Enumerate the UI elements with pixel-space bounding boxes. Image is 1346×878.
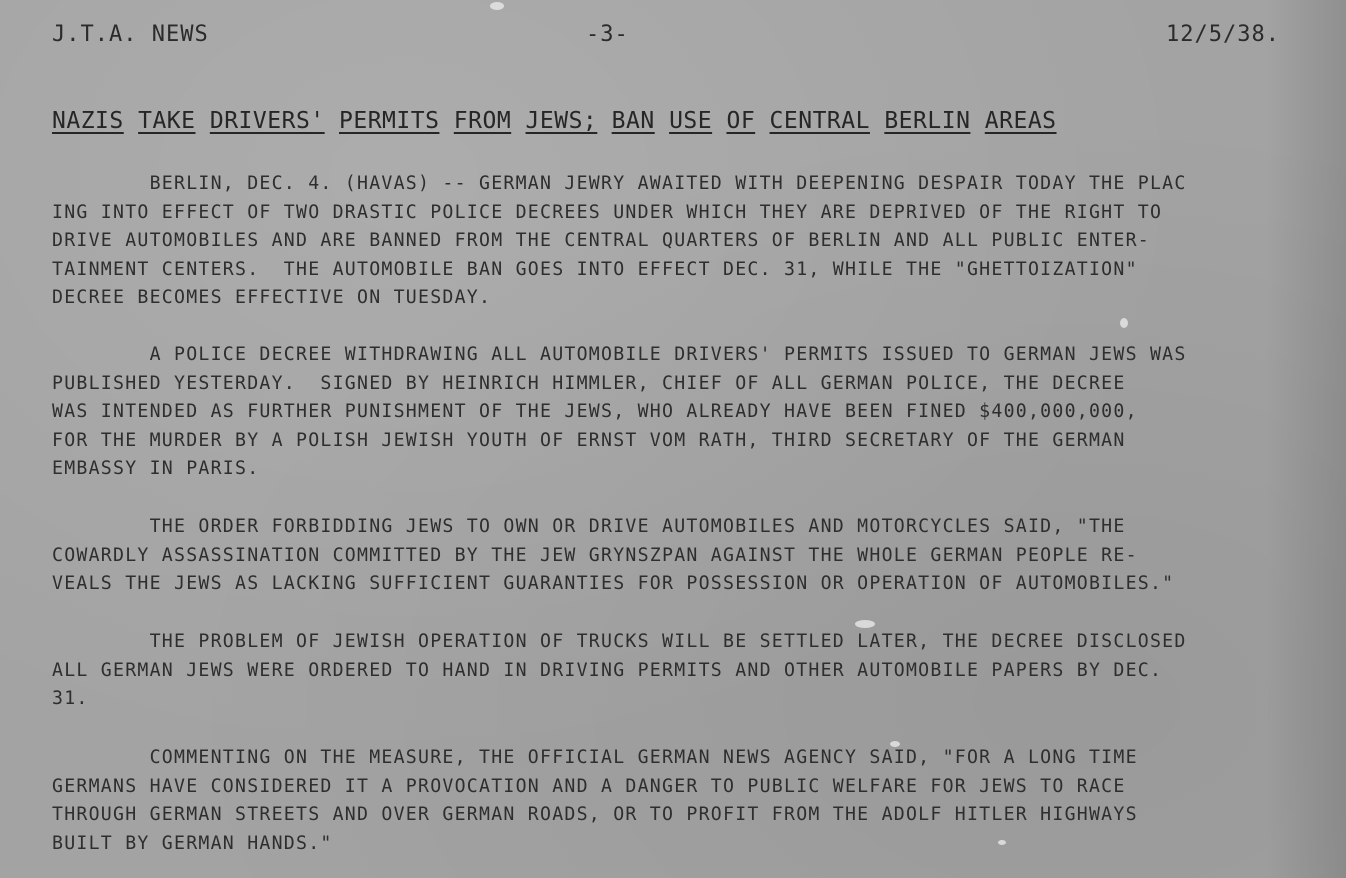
text-line: A POLICE DECREE WITHDRAWING ALL AUTOMOBI…	[52, 341, 1346, 370]
text-line: 31.	[52, 685, 1346, 714]
headline-word: JEWS;	[526, 108, 598, 134]
paragraph-1: BERLIN, DEC. 4. (HAVAS) -- GERMAN JEWRY …	[52, 170, 1346, 313]
text-line: THE ORDER FORBIDDING JEWS TO OWN OR DRIV…	[52, 513, 1346, 542]
film-speck	[998, 840, 1006, 845]
text-line: WAS INTENDED AS FURTHER PUNISHMENT OF TH…	[52, 398, 1346, 427]
text-line: TAINMENT CENTERS. THE AUTOMOBILE BAN GOE…	[52, 256, 1346, 285]
document-date: 12/5/38.	[1166, 22, 1280, 47]
text-line: PUBLISHED YESTERDAY. SIGNED BY HEINRICH …	[52, 370, 1346, 399]
paragraph-5: COMMENTING ON THE MEASURE, THE OFFICIAL …	[52, 744, 1346, 858]
text-line: DECREE BECOMES EFFECTIVE ON TUESDAY.	[52, 284, 1346, 313]
headline-word: BAN	[612, 108, 655, 134]
text-line: BERLIN, DEC. 4. (HAVAS) -- GERMAN JEWRY …	[52, 170, 1346, 199]
text-line: VEALS THE JEWS AS LACKING SUFFICIENT GUA…	[52, 570, 1346, 599]
headline-word: NAZIS	[52, 108, 124, 134]
text-line: COMMENTING ON THE MEASURE, THE OFFICIAL …	[52, 744, 1346, 773]
document-page: J.T.A. NEWS -3- 12/5/38. NAZIS TAKE DRIV…	[0, 0, 1346, 878]
headline-word: TAKE	[138, 108, 195, 134]
headline-word: OF	[726, 108, 755, 134]
film-speck	[490, 2, 504, 10]
text-line: EMBASSY IN PARIS.	[52, 455, 1346, 484]
headline-word: USE	[669, 108, 712, 134]
text-line: ING INTO EFFECT OF TWO DRASTIC POLICE DE…	[52, 199, 1346, 228]
text-line: DRIVE AUTOMOBILES AND ARE BANNED FROM TH…	[52, 227, 1346, 256]
headline-word: FROM	[454, 108, 511, 134]
page-number: -3-	[586, 22, 629, 47]
text-line: COWARDLY ASSASSINATION COMMITTED BY THE …	[52, 542, 1346, 571]
headline: NAZIS TAKE DRIVERS' PERMITS FROM JEWS; B…	[52, 108, 1057, 134]
paragraph-3: THE ORDER FORBIDDING JEWS TO OWN OR DRIV…	[52, 513, 1346, 599]
text-line: THROUGH GERMAN STREETS AND OVER GERMAN R…	[52, 801, 1346, 830]
text-line: FOR THE MURDER BY A POLISH JEWISH YOUTH …	[52, 427, 1346, 456]
text-line: ALL GERMAN JEWS WERE ORDERED TO HAND IN …	[52, 657, 1346, 686]
film-speck	[890, 741, 900, 747]
headline-word: AREAS	[985, 108, 1057, 134]
headline-word: PERMITS	[339, 108, 439, 134]
text-line: BUILT BY GERMAN HANDS."	[52, 830, 1346, 859]
paragraph-4: THE PROBLEM OF JEWISH OPERATION OF TRUCK…	[52, 628, 1346, 714]
film-speck	[855, 620, 875, 628]
text-line: GERMANS HAVE CONSIDERED IT A PROVOCATION…	[52, 773, 1346, 802]
headline-word: CENTRAL	[770, 108, 870, 134]
headline-word: BERLIN	[884, 108, 970, 134]
headline-word: DRIVERS'	[210, 108, 325, 134]
paragraph-2: A POLICE DECREE WITHDRAWING ALL AUTOMOBI…	[52, 341, 1346, 484]
text-line: THE PROBLEM OF JEWISH OPERATION OF TRUCK…	[52, 628, 1346, 657]
agency-name: J.T.A. NEWS	[52, 22, 209, 47]
film-speck	[1120, 318, 1128, 328]
